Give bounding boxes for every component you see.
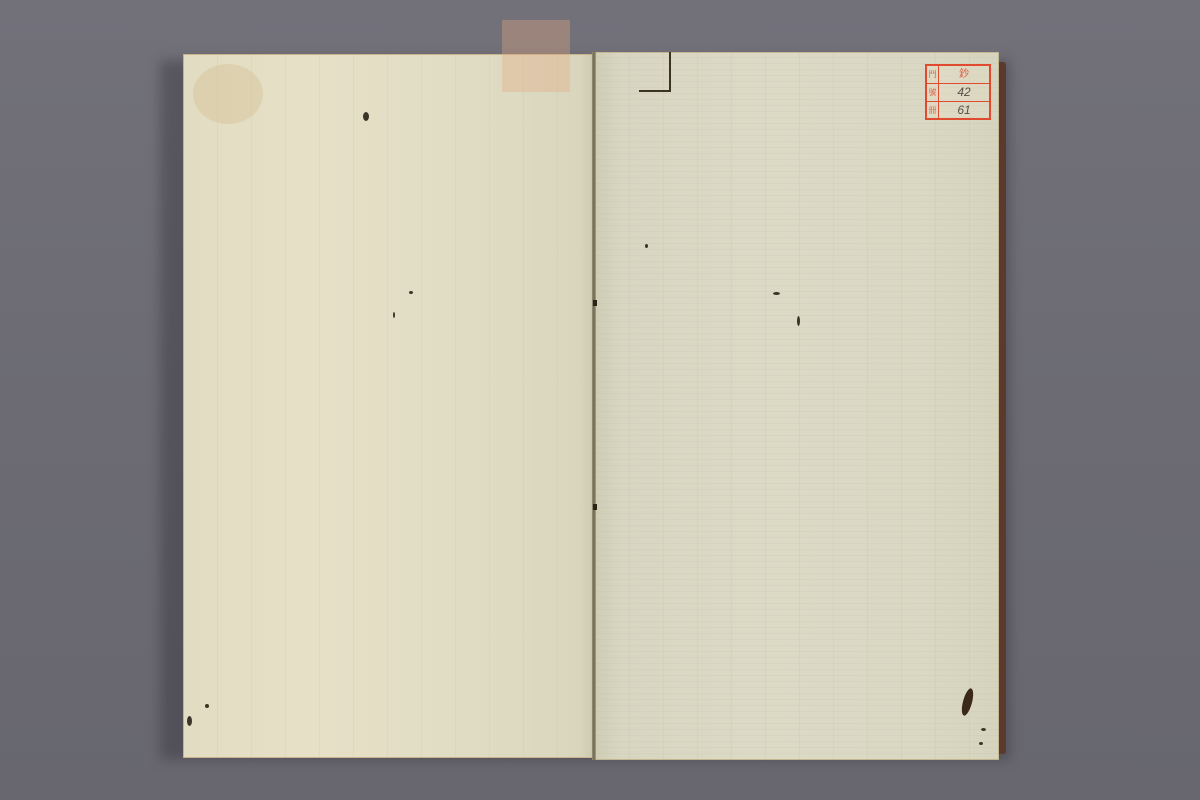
ink-speck	[393, 312, 395, 318]
seal-label: 門	[927, 66, 939, 84]
right-page-fibers	[595, 52, 999, 760]
seal-number: 42	[939, 84, 989, 102]
left-page-texture	[183, 54, 595, 758]
left-page	[183, 54, 595, 758]
ink-speck	[645, 244, 648, 248]
right-page	[595, 52, 999, 760]
page-tear	[639, 52, 671, 92]
ink-speck	[979, 742, 983, 745]
corner-stain	[193, 64, 263, 124]
library-seal-stamp: 門 鈔 號 42 冊 61	[925, 64, 991, 120]
ink-speck	[363, 112, 369, 121]
binding-hole	[593, 300, 597, 306]
ink-speck	[773, 292, 780, 295]
ink-speck	[409, 291, 413, 294]
ink-speck	[205, 704, 209, 708]
seal-label: 號	[927, 84, 939, 102]
binding-hole	[593, 504, 597, 510]
book-spine	[592, 52, 596, 760]
ink-speck	[797, 316, 800, 326]
ink-speck	[981, 728, 986, 731]
seal-label: 冊	[927, 102, 939, 119]
seal-volume: 61	[939, 102, 989, 119]
ghost-seal-bleedthrough	[502, 20, 570, 92]
ink-speck	[187, 716, 192, 726]
seal-title: 鈔	[939, 66, 989, 84]
